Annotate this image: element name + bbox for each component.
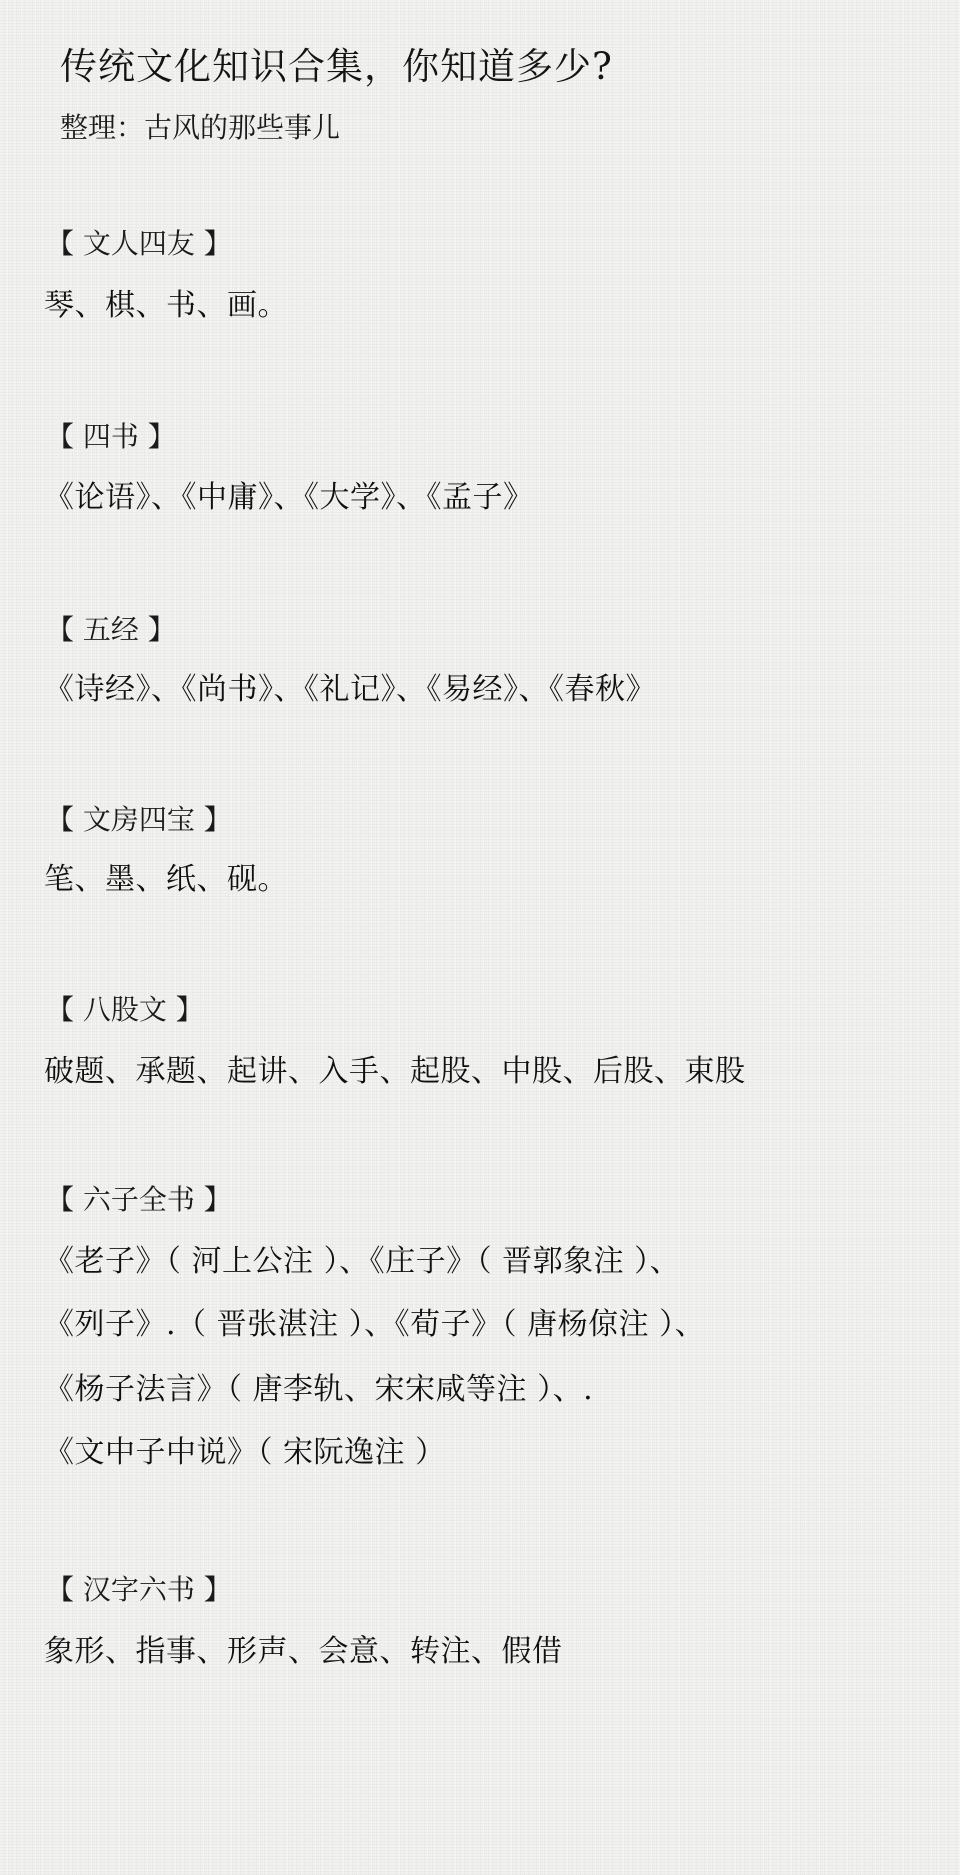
- page-title: 传统文化知识合集，你知道多少?: [60, 40, 613, 94]
- section-content-line: 《杨子法言》（ 唐李轨、宋宋咸等注 ）、.: [44, 1368, 593, 1412]
- section-content-line: 象形、指事、形声、会意、转注、假借: [44, 1630, 563, 1674]
- section-content-line: 笔、墨、纸、砚。: [44, 858, 288, 902]
- section-content-line: 《文中子中说》（ 宋阮逸注 ）: [44, 1431, 446, 1475]
- section-content-line: 破题、承题、起讲、入手、起股、中股、后股、束股: [44, 1050, 746, 1094]
- section-content-line: 《论语》、《中庸》、《大学》、《孟子》: [44, 476, 534, 520]
- section-heading: 【 八股文 】: [46, 990, 204, 1030]
- page-subtitle-credit: 整理：古风的那些事儿: [60, 108, 340, 148]
- section-content-line: 《诗经》、《尚书》、《礼记》、《易经》、《春秋》: [44, 668, 656, 712]
- section-content-line: 《列子》.（ 晋张湛注 ）、《荀子》（ 唐杨倞注 ）、: [44, 1303, 705, 1347]
- section-heading: 【 汉字六书 】: [46, 1570, 232, 1610]
- section-heading: 【 文人四友 】: [46, 224, 232, 264]
- section-heading: 【 四书 】: [46, 417, 176, 457]
- section-heading: 【 五经 】: [46, 610, 176, 650]
- section-heading: 【 文房四宝 】: [46, 800, 232, 840]
- section-heading: 【 六子全书 】: [46, 1180, 232, 1220]
- section-content-line: 《老子》（ 河上公注 ）、《庄子》（ 晋郭象注 ）、: [44, 1240, 680, 1284]
- section-content-line: 琴、棋、书、画。: [44, 284, 288, 328]
